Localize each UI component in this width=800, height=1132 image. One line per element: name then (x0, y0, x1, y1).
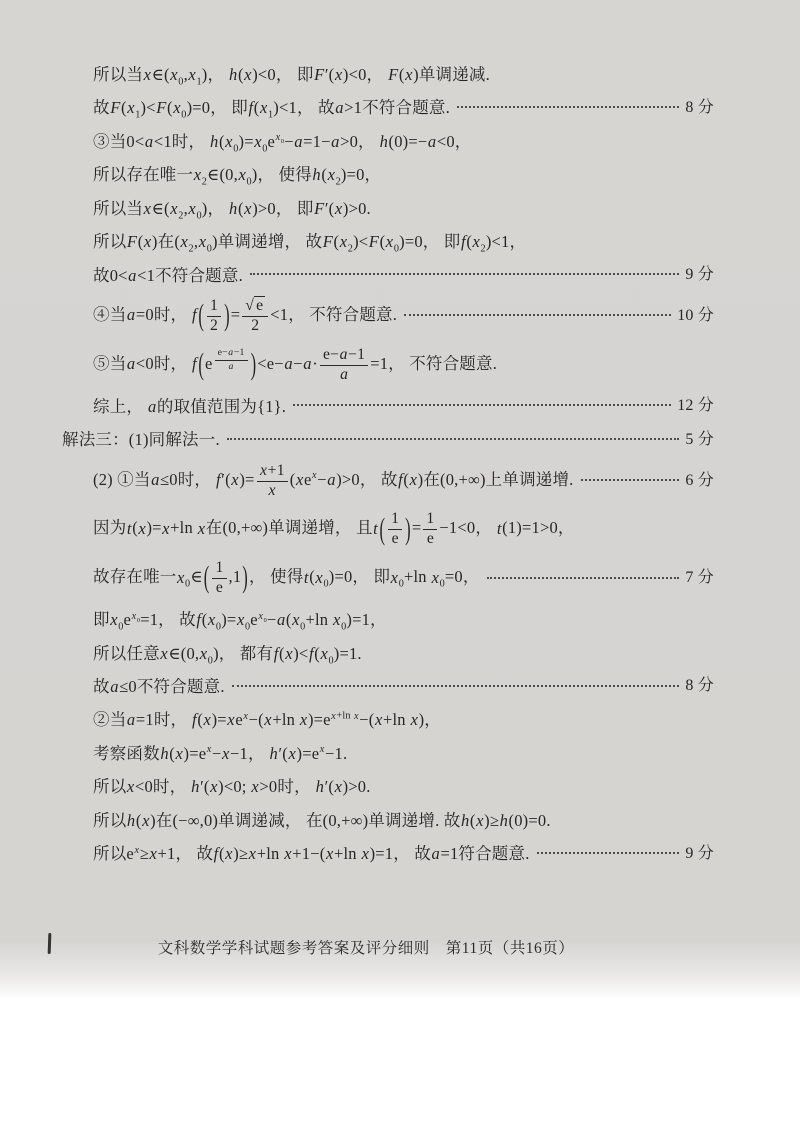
content-line: 解法三：(1)同解法一.5 分 (62, 429, 714, 450)
content-line: 即x0ex0=1， 故f(x0)=x0ex0−a(x0+ln x0)=1， (62, 609, 714, 630)
dotted-leader (227, 438, 680, 440)
fraction: √e2 (242, 298, 268, 335)
content-line: 考察函数h(x)=ex−x−1， h′(x)=ex−1. (62, 743, 714, 764)
dotted-leader (250, 273, 680, 275)
math-text: 故0<a<1不符合题意. (93, 265, 243, 286)
content-line: ⑤当a<0时， f(ee−a−1a)<e−a−a·e−a−1a=1， 不符合题意… (62, 347, 714, 384)
big-paren: ( (198, 301, 204, 332)
content-line: 故存在唯一x0∈(1e,1)， 使得t(x0)=0， 即x0+ln x0=0，7… (62, 560, 714, 597)
content-line: 故a≤0不符合题意.8 分 (62, 676, 714, 697)
big-paren: ( (198, 350, 204, 381)
fraction: 1e (388, 511, 402, 548)
dotted-leader (537, 852, 680, 854)
math-text: 所以F(x)在(x2,x0)单调递增， 故F(x2)<F(x0)=0， 即f(x… (93, 231, 526, 252)
content-line: ④当a=0时， f(12)=√e2<1， 不符合题意.10 分 (62, 298, 714, 335)
math-text: 故a≤0不符合题意. (93, 676, 225, 697)
content-line: 所以当x∈(x2,x0)， h(x)>0， 即F′(x)>0. (62, 198, 714, 219)
content-line: 所以ex≥x+1， 故f(x)≥x+ln x+1−(x+ln x)=1， 故a=… (62, 843, 714, 864)
math-text: 所以当x∈(x0,x1)， h(x)<0， 即F′(x)<0， F(x)单调递减… (93, 64, 490, 85)
math-text: 因为t(x)=x+ln x在(0,+∞)单调递增， 且t(1e)=1e−1<0，… (93, 511, 575, 548)
math-text: 故F(x1)<F(x0)=0， 即f(x1)<1， 故a>1不符合题意. (93, 97, 450, 118)
big-paren: ( (204, 563, 210, 594)
math-text: ⑤当a<0时， f(ee−a−1a)<e−a−a·e−a−1a=1， 不符合题意… (93, 347, 497, 384)
math-text: 即x0ex0=1， 故f(x0)=x0ex0−a(x0+ln x0)=1， (93, 609, 387, 630)
math-text: 所以存在唯一x2∈(0,x0)， 使得h(x2)=0， (93, 164, 381, 185)
math-text: 综上， a的取值范围为{1}. (93, 396, 286, 417)
content-line: 所以存在唯一x2∈(0,x0)， 使得h(x2)=0， (62, 164, 714, 185)
content-line: 所以F(x)在(x2,x0)单调递增， 故F(x2)<F(x0)=0， 即f(x… (62, 231, 714, 252)
math-text: ②当a=1时， f(x)=xex−(x+ln x)=ex+ln x−(x+ln … (93, 709, 441, 730)
dotted-leader (581, 479, 680, 481)
big-paren: ) (224, 301, 230, 332)
score-label: 10 分 (677, 306, 714, 327)
score-label: 7 分 (685, 568, 714, 589)
score-label: 9 分 (685, 844, 714, 865)
math-text: ③当0<a<1时， h(x0)=x0ex0−a=1−a>0， h(0)=−a<0… (93, 131, 472, 152)
math-text: 解法三：(1)同解法一. (62, 429, 220, 450)
fraction: x+1x (257, 463, 288, 500)
fraction: 1e (423, 511, 437, 548)
math-text: ④当a=0时， f(12)=√e2<1， 不符合题意. (93, 298, 397, 335)
fraction: 12 (207, 298, 221, 335)
scanned-page: 所以当x∈(x0,x1)， h(x)<0， 即F′(x)<0， F(x)单调递减… (0, 0, 800, 1012)
footer-title: 文科数学学科试题参考答案及评分细则 (158, 936, 430, 958)
content-line: 因为t(x)=x+ln x在(0,+∞)单调递增， 且t(1e)=1e−1<0，… (62, 511, 714, 548)
content-line: ③当0<a<1时， h(x0)=x0ex0−a=1−a>0， h(0)=−a<0… (62, 131, 714, 152)
math-text: 所以ex≥x+1， 故f(x)≥x+ln x+1−(x+ln x)=1， 故a=… (93, 843, 530, 864)
dotted-leader (293, 404, 671, 406)
content-line: 所以h(x)在(−∞,0)单调递减， 在(0,+∞)单调递增. 故h(x)≥h(… (62, 810, 714, 831)
score-label: 8 分 (685, 98, 714, 119)
content-line: (2) ①当a≤0时， f′(x)=x+1x(xex−a)>0， 故f(x)在(… (62, 463, 714, 500)
score-label: 5 分 (685, 430, 714, 451)
math-text: 所以任意x∈(0,x0)， 都有f(x)<f(x0)=1. (93, 643, 362, 664)
score-label: 6 分 (685, 471, 714, 492)
math-text: 故存在唯一x0∈(1e,1)， 使得t(x0)=0， 即x0+ln x0=0， (93, 560, 480, 597)
math-text: 所以x<0时， h′(x)<0; x>0时， h′(x)>0. (93, 776, 371, 797)
content-area: 所以当x∈(x0,x1)， h(x)<0， 即F′(x)<0， F(x)单调递减… (0, 0, 800, 865)
content-line: 故0<a<1不符合题意.9 分 (62, 265, 714, 286)
fraction: 1e (212, 560, 226, 597)
score-label: 8 分 (685, 676, 714, 697)
big-paren: ) (242, 563, 248, 594)
math-text: 考察函数h(x)=ex−x−1， h′(x)=ex−1. (93, 743, 347, 764)
sqrt: √e (245, 296, 265, 314)
big-paren: ( (379, 515, 385, 546)
content-line: 故F(x1)<F(x0)=0， 即f(x1)<1， 故a>1不符合题意.8 分 (62, 97, 714, 118)
dotted-leader (487, 577, 680, 579)
fraction: e−a−1a (320, 347, 368, 384)
fraction: e−a−1a (215, 348, 248, 372)
footer: 文科数学学科试题参考答案及评分细则 第11页（共16页） (0, 936, 766, 958)
dotted-leader (404, 314, 671, 316)
dotted-leader (232, 685, 680, 687)
content-line: 综上， a的取值范围为{1}.12 分 (62, 396, 714, 417)
footer-page-info: 第11页（共16页） (446, 936, 574, 958)
content-line: ②当a=1时， f(x)=xex−(x+ln x)=ex+ln x−(x+ln … (62, 709, 714, 730)
content-line: 所以任意x∈(0,x0)， 都有f(x)<f(x0)=1. (62, 643, 714, 664)
score-label: 9 分 (685, 265, 714, 286)
content-line: 所以x<0时， h′(x)<0; x>0时， h′(x)>0. (62, 776, 714, 797)
math-text: (2) ①当a≤0时， f′(x)=x+1x(xex−a)>0， 故f(x)在(… (93, 463, 574, 500)
big-paren: ) (405, 515, 411, 546)
big-paren: ) (251, 350, 257, 381)
dotted-leader (457, 106, 679, 108)
math-text: 所以当x∈(x2,x0)， h(x)>0， 即F′(x)>0. (93, 198, 371, 219)
math-text: 所以h(x)在(−∞,0)单调递减， 在(0,+∞)单调递增. 故h(x)≥h(… (93, 810, 551, 831)
content-line: 所以当x∈(x0,x1)， h(x)<0， 即F′(x)<0， F(x)单调递减… (62, 64, 714, 85)
score-label: 12 分 (677, 396, 714, 417)
